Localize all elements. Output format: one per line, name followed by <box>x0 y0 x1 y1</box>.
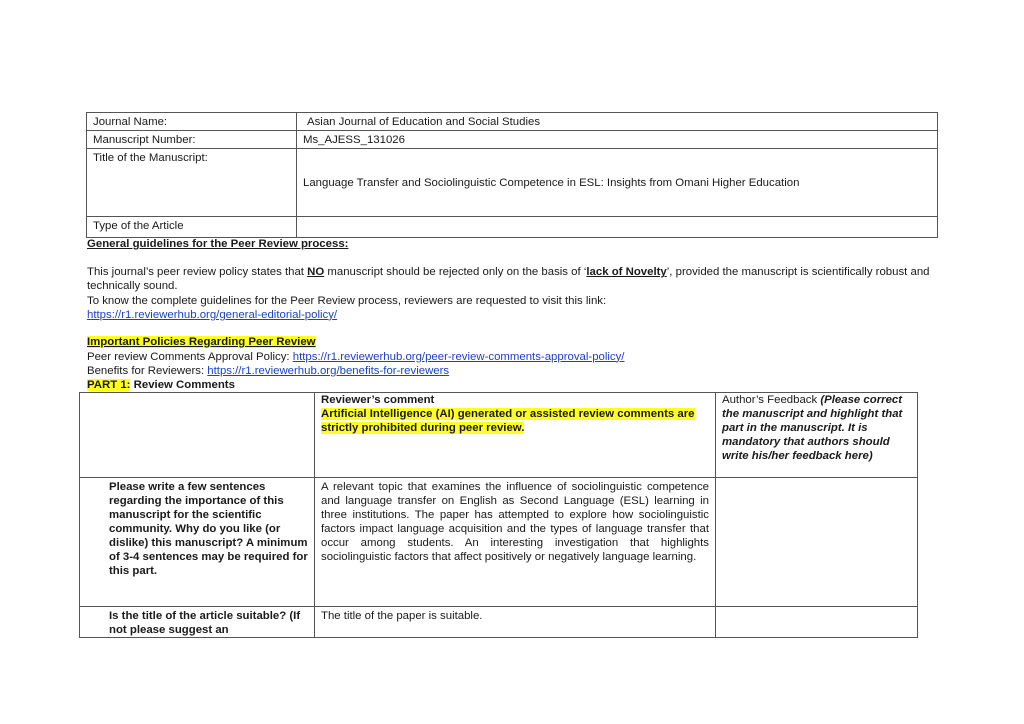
policy-no-emphasis: NO <box>307 266 324 278</box>
ai-prohibition-warning: Artificial Intelligence (AI) generated o… <box>321 408 695 434</box>
article-type-label: Type of the Article <box>87 217 297 238</box>
approval-policy-label: Peer review Comments Approval Policy: <box>87 351 293 363</box>
info-row-journal: Journal Name: Asian Journal of Education… <box>87 113 938 131</box>
review-question: Please write a few sentences regarding t… <box>80 478 315 607</box>
part-1-heading: PART 1: Review Comments <box>87 379 947 392</box>
policies-section: Important Policies Regarding Peer Review… <box>87 335 947 392</box>
reviewer-comment[interactable]: The title of the paper is suitable. <box>315 607 716 638</box>
question-header-cell <box>80 393 315 478</box>
journal-name-label: Journal Name: <box>87 113 297 131</box>
benefits-label: Benefits for Reviewers: <box>87 365 207 377</box>
approval-policy-line: Peer review Comments Approval Policy: ht… <box>87 350 947 365</box>
policy-text-middle: manuscript should be rejected only on th… <box>324 266 586 278</box>
part-1-label: PART 1: <box>87 379 130 391</box>
part-1-title: Review Comments <box>130 379 234 391</box>
reviewer-comment-title: Reviewer’s comment <box>321 393 709 407</box>
review-question: Is the title of the article suitable? (I… <box>80 607 315 638</box>
manuscript-title-label: Title of the Manuscript: <box>87 149 297 217</box>
table-row: Is the title of the article suitable? (I… <box>80 607 918 638</box>
policies-heading: Important Policies Regarding Peer Review <box>87 336 316 348</box>
manuscript-title-value: Language Transfer and Sociolinguistic Co… <box>297 149 938 217</box>
manuscript-info-table: Journal Name: Asian Journal of Education… <box>86 112 938 238</box>
novelty-policy-text: This journal’s peer review policy states… <box>87 265 939 293</box>
general-editorial-policy-link[interactable]: https://r1.reviewerhub.org/general-edito… <box>87 309 337 321</box>
author-feedback-cell[interactable] <box>716 607 918 638</box>
author-feedback-title: Author’s Feedback <box>722 394 820 406</box>
policy-text-start: This journal’s peer review policy states… <box>87 266 307 278</box>
reviewer-comment[interactable]: A relevant topic that examines the influ… <box>315 478 716 607</box>
info-row-article-type: Type of the Article <box>87 217 938 238</box>
info-row-manuscript-number: Manuscript Number: Ms_AJESS_131026 <box>87 131 938 149</box>
author-feedback-header: Author’s Feedback (Please correct the ma… <box>716 393 918 478</box>
review-header-row: Reviewer’s comment Artificial Intelligen… <box>80 393 918 478</box>
manuscript-number-label: Manuscript Number: <box>87 131 297 149</box>
benefits-link[interactable]: https://r1.reviewerhub.org/benefits-for-… <box>207 365 449 377</box>
guidelines-visit-text: To know the complete guidelines for the … <box>87 294 947 308</box>
review-comments-table: Reviewer’s comment Artificial Intelligen… <box>79 392 918 638</box>
guidelines-heading: General guidelines for the Peer Review p… <box>87 237 947 251</box>
table-row: Please write a few sentences regarding t… <box>80 478 918 607</box>
benefits-line: Benefits for Reviewers: https://r1.revie… <box>87 364 947 379</box>
approval-policy-link[interactable]: https://r1.reviewerhub.org/peer-review-c… <box>293 351 625 363</box>
journal-name-value: Asian Journal of Education and Social St… <box>297 113 938 131</box>
author-feedback-cell[interactable] <box>716 478 918 607</box>
reviewer-comment-header: Reviewer’s comment Artificial Intelligen… <box>315 393 716 478</box>
policy-novelty-emphasis: lack of Novelty <box>586 266 666 278</box>
manuscript-number-value: Ms_AJESS_131026 <box>297 131 938 149</box>
guidelines-section: General guidelines for the Peer Review p… <box>87 237 947 322</box>
info-row-title: Title of the Manuscript: Language Transf… <box>87 149 938 217</box>
article-type-value <box>297 217 938 238</box>
